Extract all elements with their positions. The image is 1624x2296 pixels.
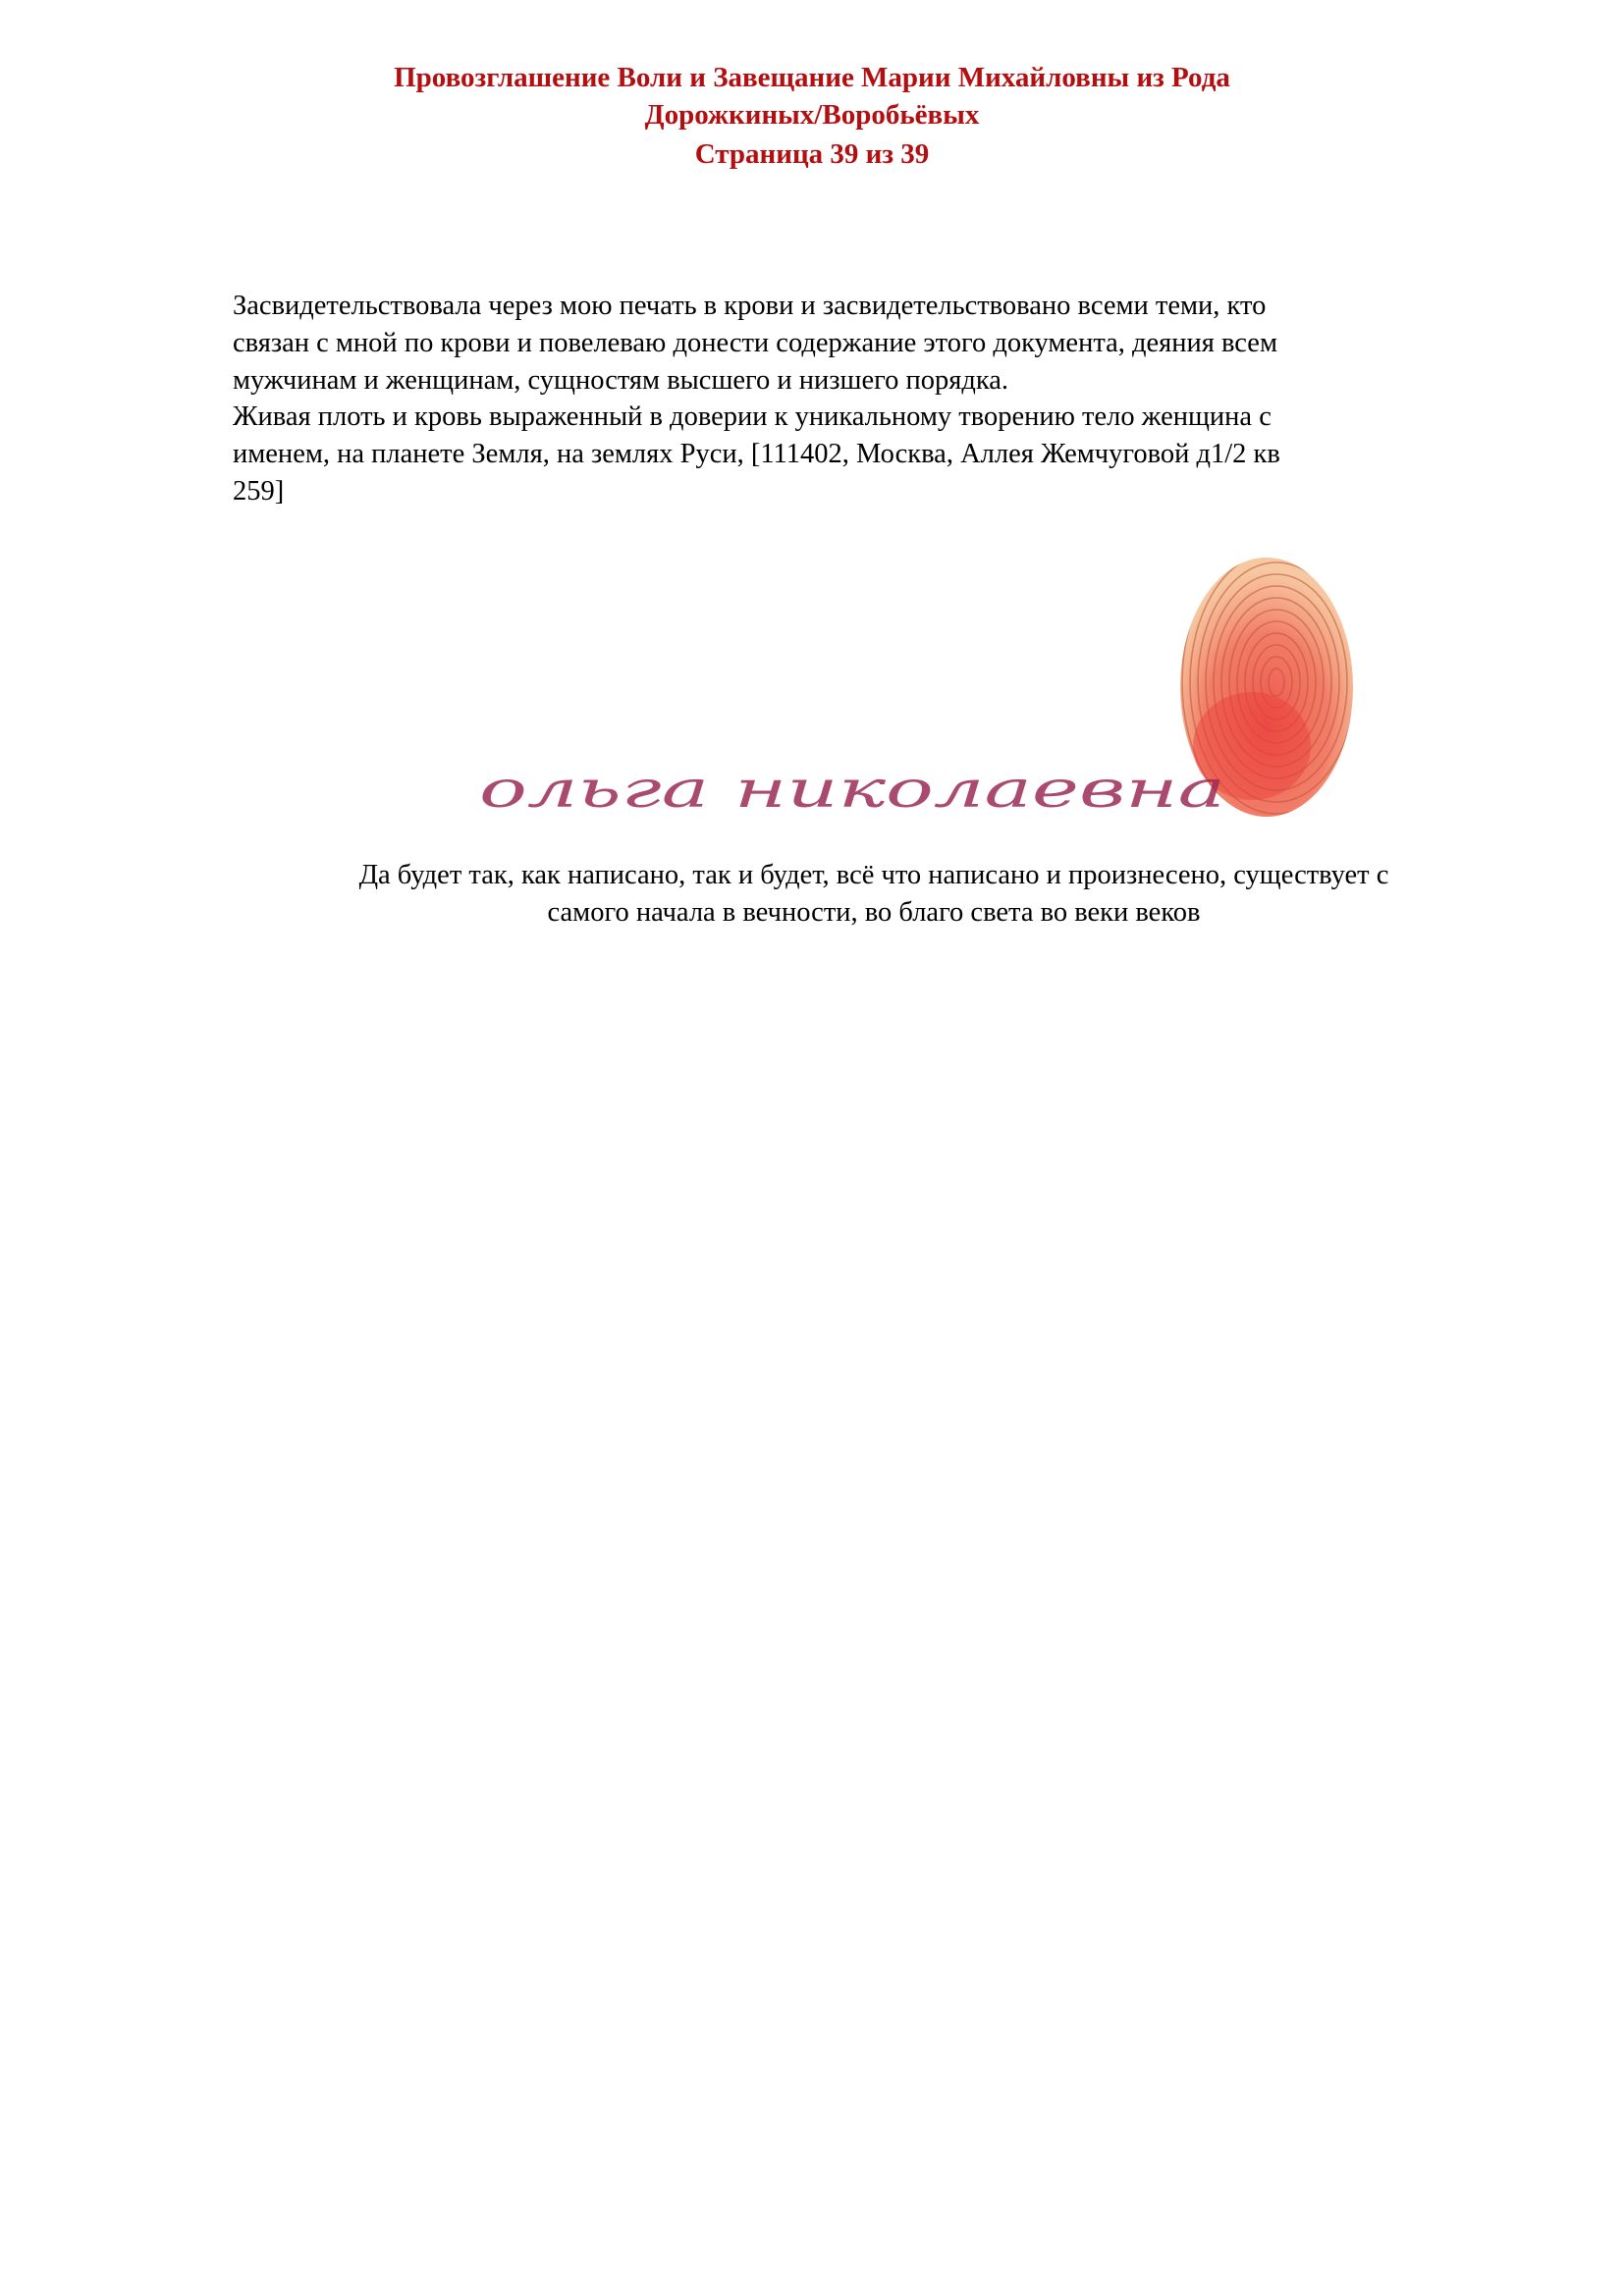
body-line: Засвидетельствовала через мою печать в к… xyxy=(233,288,1509,325)
closing-statement: Да будет так, как написано, так и будет,… xyxy=(245,857,1502,932)
body-line: именем, на планете Земля, на землях Руси… xyxy=(233,436,1509,473)
body-line: мужчинам и женщинам, сущностям высшего и… xyxy=(233,362,1509,400)
signature-text: ольга николаевна xyxy=(479,761,1225,820)
body-line: связан с мной по крови и повелеваю донес… xyxy=(233,325,1509,362)
document-title-line1: Провозглашение Воли и Завещание Марии Ми… xyxy=(0,59,1624,96)
closing-line2: самого начала в вечности, во благо света… xyxy=(245,894,1502,932)
body-line: Живая плоть и кровь выраженный в доверии… xyxy=(233,399,1509,436)
closing-line1: Да будет так, как написано, так и будет,… xyxy=(245,857,1502,894)
body-line: 259] xyxy=(233,473,1509,510)
document-title-line2: Дорожкиных/Воробьёвых xyxy=(0,96,1624,133)
declaration-paragraph: Засвидетельствовала через мою печать в к… xyxy=(233,288,1509,510)
handwritten-signature: ольга николаевна xyxy=(471,756,1237,825)
page-indicator: Страница 39 из 39 xyxy=(0,135,1624,173)
